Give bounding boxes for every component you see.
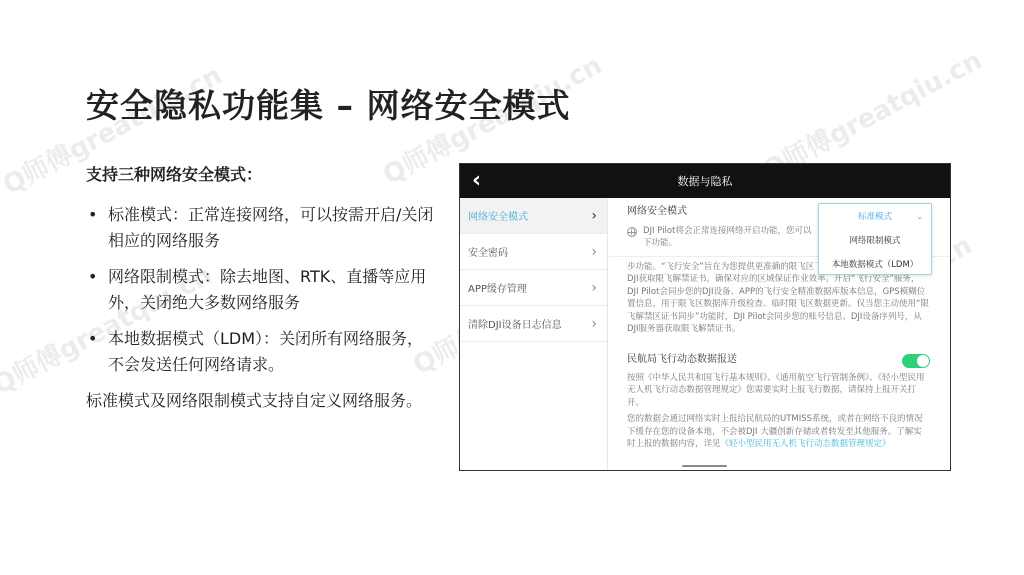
- sidebar-item-label: APP缓存管理: [468, 280, 527, 295]
- sidebar-item-security-password[interactable]: 安全密码 ›: [460, 234, 607, 270]
- globe-icon: [627, 227, 637, 237]
- mode-list: • 标准模式：正常连接网络，可以按需开启/关闭相应的网络服务 • 网络限制模式：…: [86, 202, 436, 378]
- sidebar-item-network-security-mode[interactable]: 网络安全模式 ›: [460, 198, 607, 234]
- dropdown-option-restricted-mode[interactable]: 网络限制模式: [819, 228, 931, 252]
- dropdown-selected-label: 标准模式: [858, 210, 892, 222]
- info-line: DJI Pilot将会正常连接网络开启功能，您可以: [643, 225, 811, 238]
- chevron-down-icon: ⌄: [916, 212, 923, 221]
- caac-report-title: 民航局飞行动态数据报送: [627, 354, 737, 367]
- dropdown-selected-standard-mode[interactable]: 标准模式 ⌄: [819, 204, 931, 228]
- sidebar-item-label: 网络安全模式: [468, 208, 528, 223]
- sidebar-item-label: 安全密码: [468, 244, 508, 259]
- list-item: • 本地数据模式（LDM）：关闭所有网络服务，不会发送任何网络请求。: [86, 326, 436, 378]
- chevron-right-icon: ›: [591, 244, 597, 260]
- footer-note: 标准模式及网络限制模式支持自定义网络服务。: [86, 388, 436, 414]
- bullet-icon: •: [88, 264, 97, 290]
- settings-sidebar: 网络安全模式 › 安全密码 › APP缓存管理 › 清除DJI设备日志信息 ›: [460, 198, 608, 471]
- bullet-icon: •: [88, 202, 97, 228]
- caac-report-row: 民航局飞行动态数据报送: [627, 354, 930, 368]
- chevron-right-icon: ›: [591, 208, 597, 224]
- network-mode-dropdown[interactable]: 标准模式 ⌄ 网络限制模式 本地数据模式（LDM）: [818, 203, 932, 275]
- caac-report-para1: 按照《中华人民共和国飞行基本规则》、《通用航空飞行管制条例》、《轻小型民用无人机…: [627, 372, 930, 410]
- sidebar-item-app-cache[interactable]: APP缓存管理 ›: [460, 270, 607, 306]
- app-header: ‹ 数据与隐私: [460, 164, 950, 198]
- home-indicator: [682, 465, 727, 467]
- chevron-right-icon: ›: [591, 316, 597, 332]
- caac-report-toggle[interactable]: [902, 354, 930, 368]
- bullet-icon: •: [88, 326, 97, 352]
- back-arrow-icon[interactable]: ‹: [472, 168, 481, 193]
- caac-report-para2: 您的数据会通过网络实时上报给民航局的UTMISS系统，或者在网络不良的情况下缓存…: [627, 413, 930, 451]
- slide-title: 安全隐私功能集 – 网络安全模式: [86, 80, 570, 127]
- info-line: 下功能。: [643, 237, 811, 250]
- app-header-title: 数据与隐私: [678, 173, 733, 189]
- bullet-text: 标准模式：正常连接网络，可以按需开启/关闭相应的网络服务: [108, 205, 433, 250]
- bullet-text: 网络限制模式：除去地图、RTK、直播等应用外，关闭绝大多数网络服务: [108, 267, 426, 312]
- chevron-right-icon: ›: [591, 280, 597, 296]
- sidebar-item-label: 清除DJI设备日志信息: [468, 316, 562, 331]
- feature-description: 支持三种网络安全模式： • 标准模式：正常连接网络，可以按需开启/关闭相应的网络…: [86, 162, 436, 414]
- regulation-link[interactable]: 《轻小型民用无人机飞行动态数据管理规定》: [721, 439, 891, 449]
- toggle-knob: [917, 355, 929, 367]
- app-screenshot: ‹ 数据与隐私 网络安全模式 › 安全密码 › APP缓存管理 › 清除DJI设…: [459, 163, 951, 471]
- list-item: • 网络限制模式：除去地图、RTK、直播等应用外，关闭绝大多数网络服务: [86, 264, 436, 316]
- lead-text: 支持三种网络安全模式：: [86, 162, 436, 188]
- sidebar-item-clear-dji-logs[interactable]: 清除DJI设备日志信息 ›: [460, 306, 607, 342]
- list-item: • 标准模式：正常连接网络，可以按需开启/关闭相应的网络服务: [86, 202, 436, 254]
- dropdown-option-ldm[interactable]: 本地数据模式（LDM）: [819, 252, 931, 276]
- bullet-text: 本地数据模式（LDM）：关闭所有网络服务，不会发送任何网络请求。: [108, 329, 423, 374]
